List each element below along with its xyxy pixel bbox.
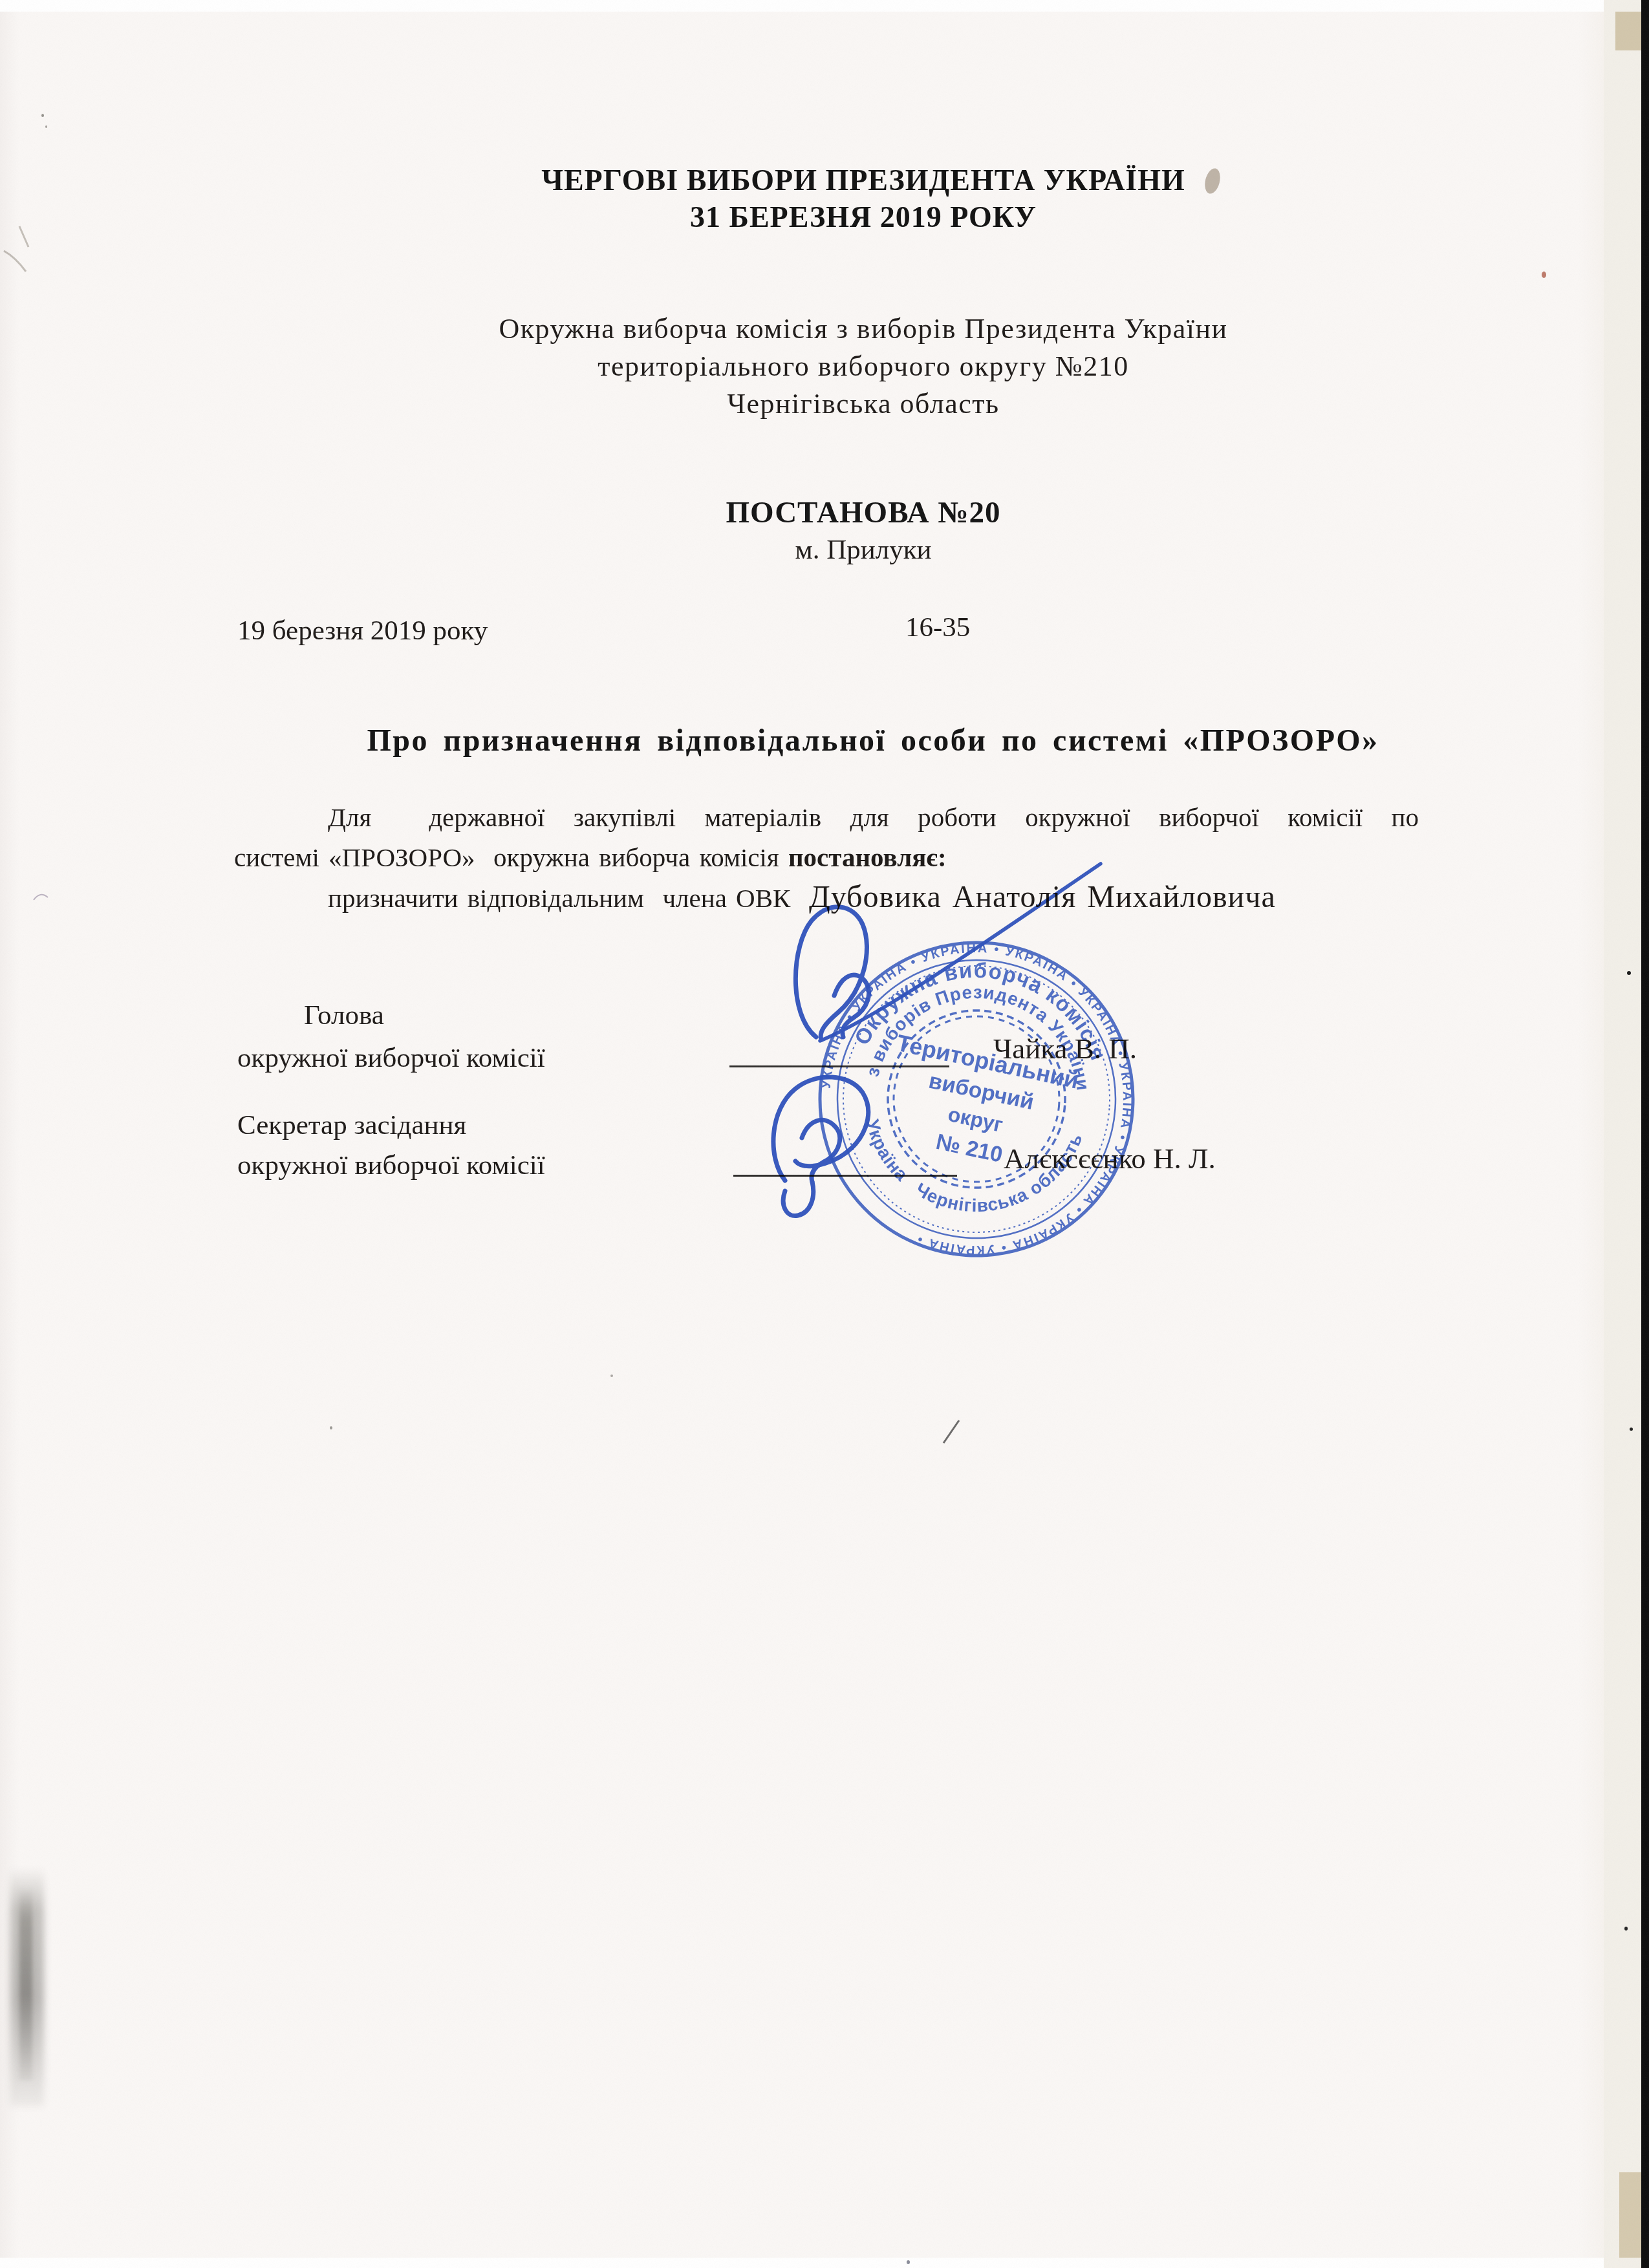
stamp-arc-bottom-text: Україна Чернігівська область (856, 1116, 1087, 1223)
stamp-center-text: Територіальний виборчий округ № 210 (876, 1029, 1081, 1180)
pencil-marks (4, 226, 48, 900)
ink-overlay: УКРАЇНА • УКРАЇНА • УКРАЇНА • УКРАЇНА • … (0, 0, 1649, 2268)
stray-slash-mark (943, 1420, 959, 1443)
scanned-document: { "colors":{ "stamp_blue":"#3a5ec5", "si… (0, 0, 1649, 2268)
stamp-center-line3: округ (946, 1102, 1005, 1137)
